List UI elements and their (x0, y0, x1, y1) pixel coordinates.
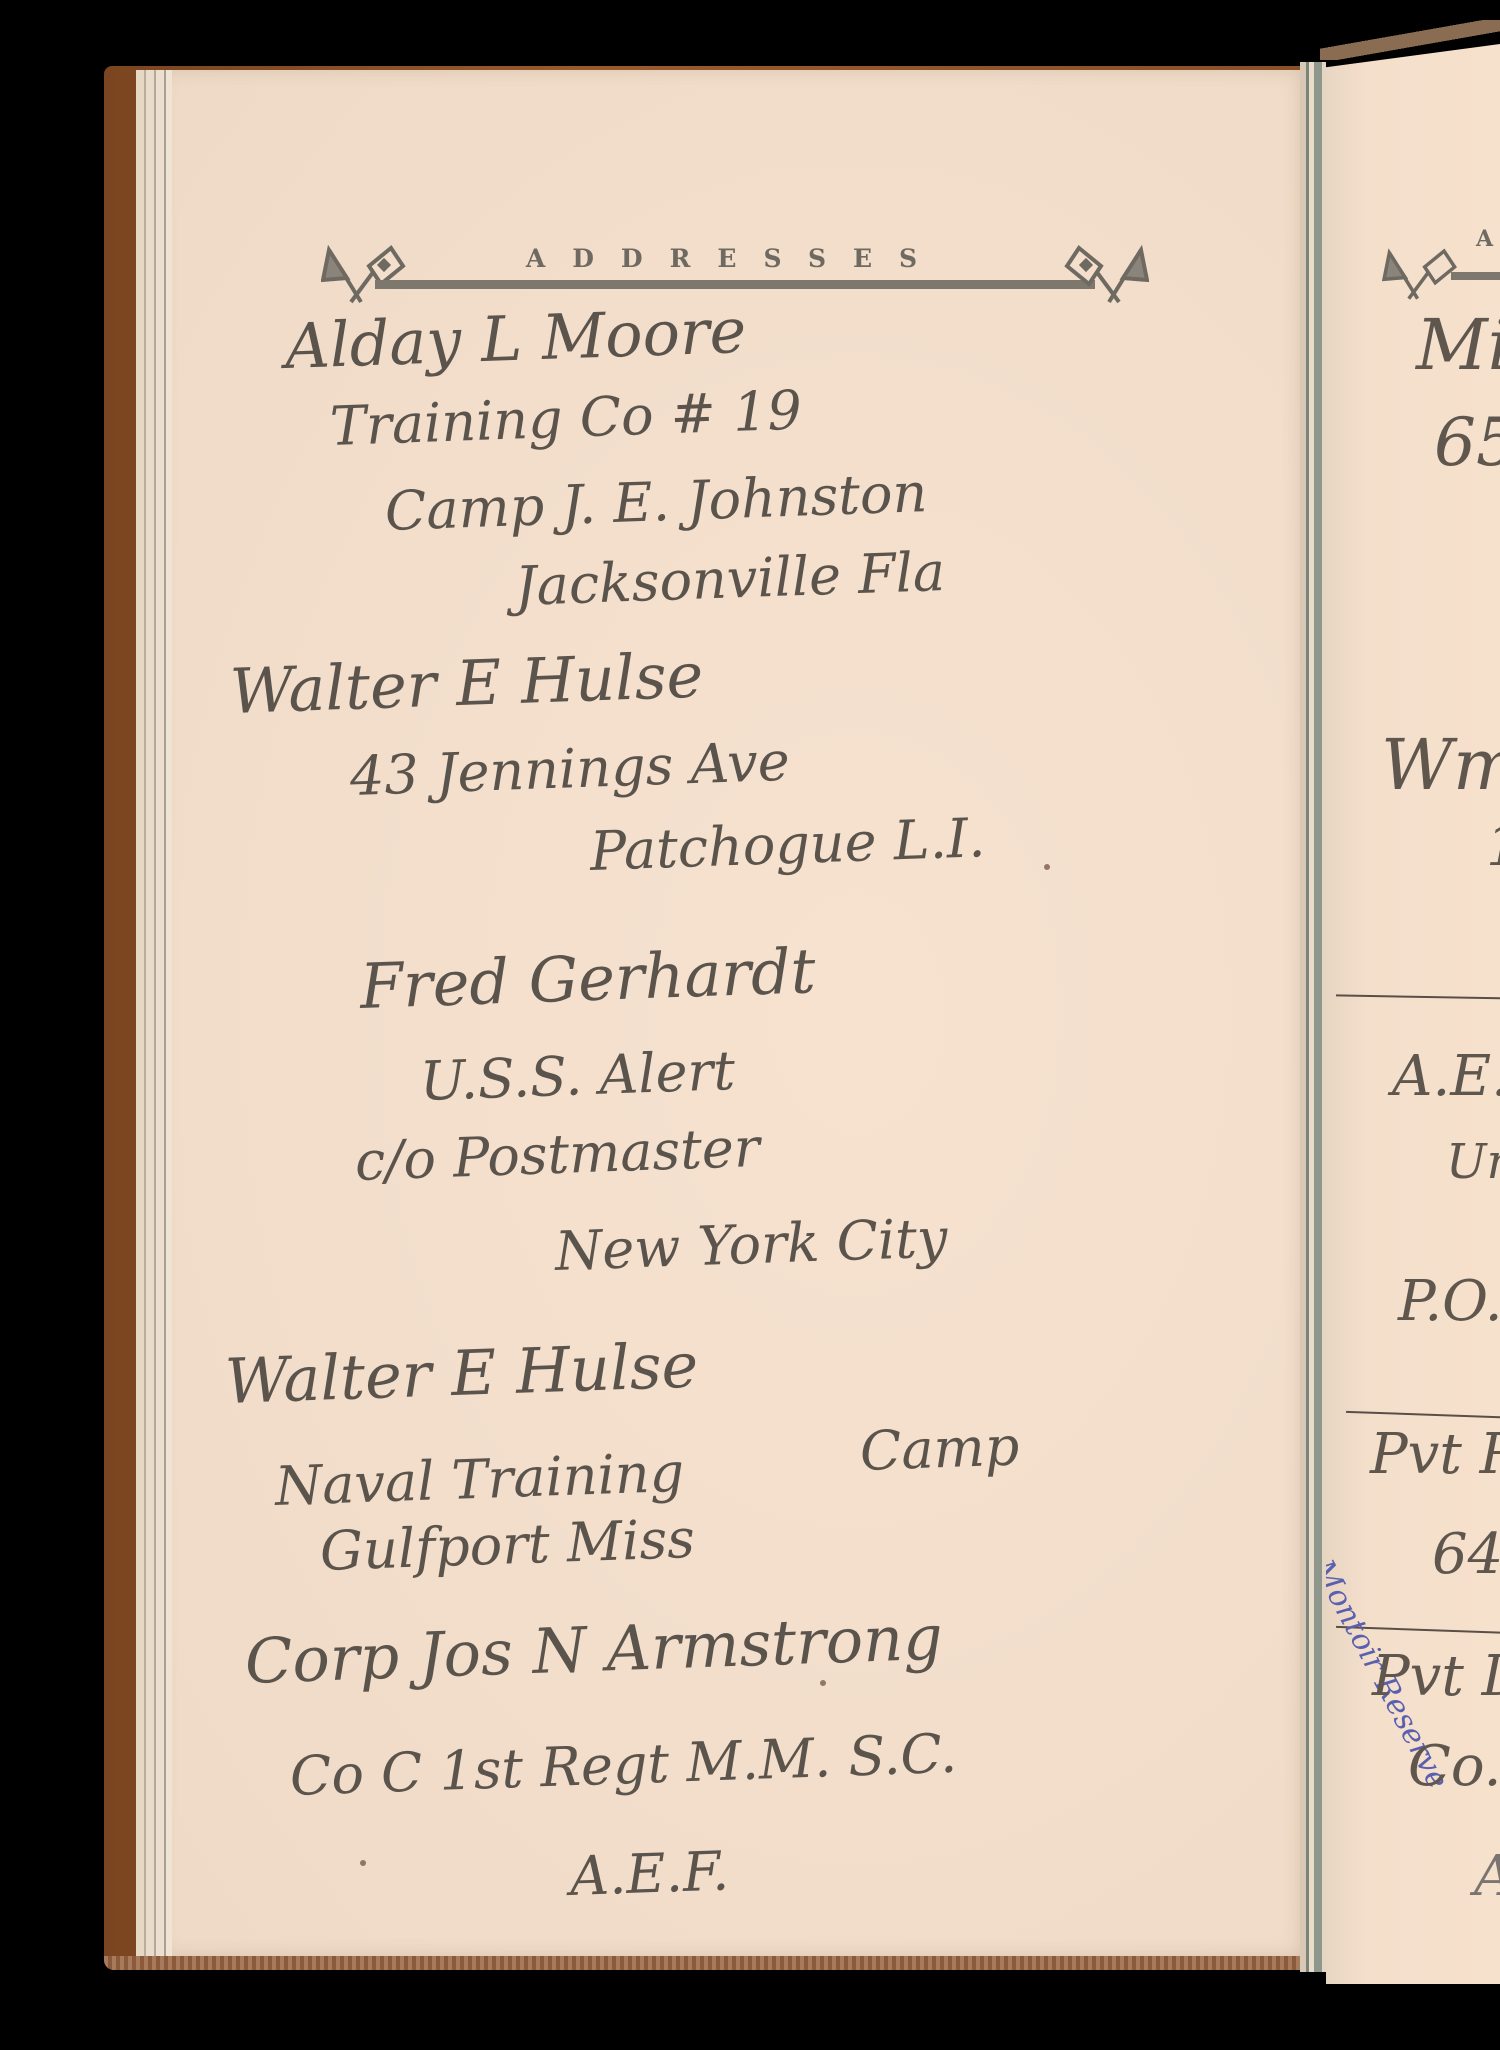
page-title: ADDRESSES (405, 244, 1065, 273)
fragment: Co. B. (1408, 1734, 1500, 1799)
fragment: 646 (1432, 1522, 1500, 1587)
page-edges (136, 70, 176, 1956)
paper-spot (820, 1680, 826, 1686)
entry-line: Gulfport Miss (319, 1507, 696, 1583)
divider-line (1346, 1411, 1500, 1419)
book-gutter (1300, 62, 1326, 1972)
fragment: 65 (1434, 404, 1500, 481)
entry-line: U.S.S. Alert (419, 1039, 736, 1113)
header-title-fragment: A (1476, 226, 1493, 252)
entry-line: Camp (859, 1414, 1020, 1483)
fragment: Mis (1416, 304, 1500, 386)
crossed-flags-icon (1059, 240, 1149, 308)
header-rule (375, 280, 1095, 289)
entry-line: A.E.F. (569, 1839, 730, 1908)
divider-line (1336, 994, 1500, 999)
header-rule (1451, 272, 1500, 280)
fragment: Uni (1446, 1134, 1500, 1190)
fragment: Pvt D. (1372, 1644, 1500, 1709)
fragment: A.E. (1392, 1044, 1500, 1109)
fragment: 1 (1486, 814, 1500, 879)
fragment: Pvt R. (1370, 1422, 1500, 1487)
right-page-content: A Mis 65 Wm 1 A.E. Uni P.O. Bo Pvt R. 64… (1326, 44, 1500, 1984)
paper-spot (1044, 864, 1050, 870)
fragment: Wm (1381, 724, 1500, 806)
crossed-flags-icon (1382, 244, 1462, 304)
fragment: A (1474, 1844, 1500, 1909)
addresses-header: ADDRESSES (325, 244, 1145, 300)
paper-spot (360, 1860, 366, 1866)
crossed-flags-icon (321, 240, 411, 308)
fragment: P.O. Bo (1398, 1269, 1500, 1334)
